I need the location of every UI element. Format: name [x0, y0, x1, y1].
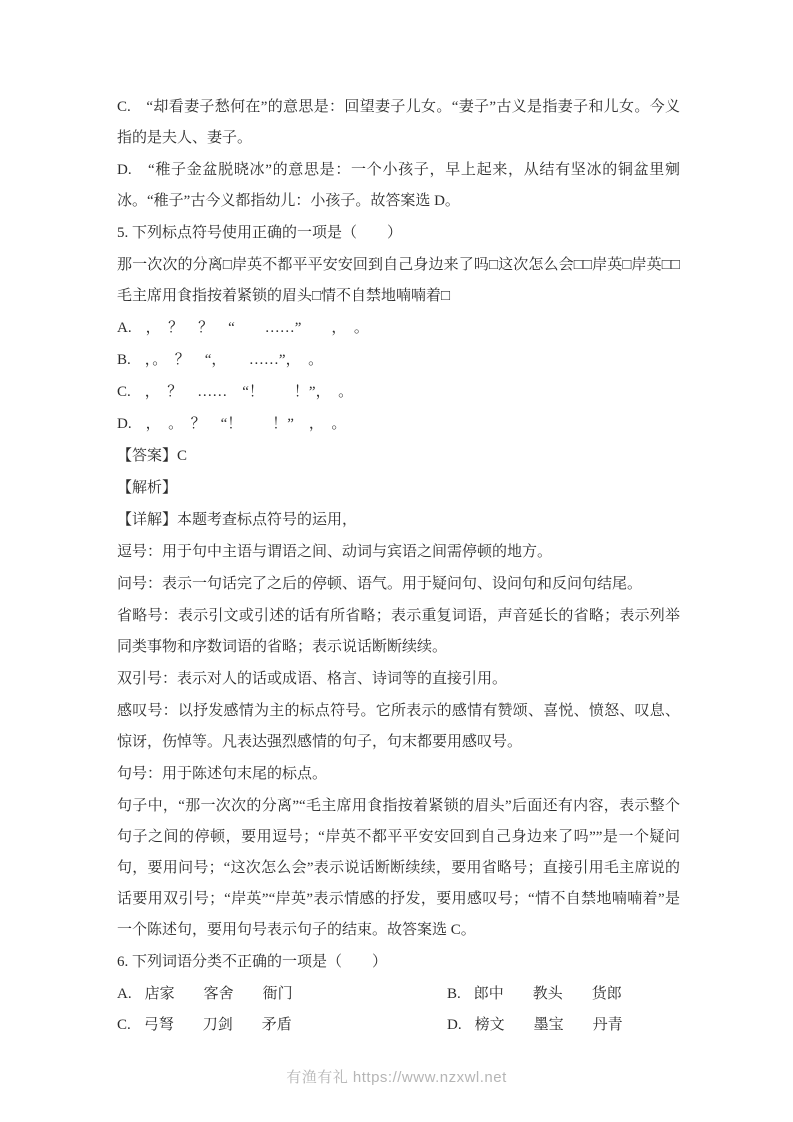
q5-option-a-marks: ， ？ ？ “ ……” ， 。 — [146, 320, 369, 336]
q5-option-c-marks: ， ？ …… “！ ！”， 。 — [145, 384, 353, 400]
q6-option-c-label: C. — [117, 1010, 131, 1041]
q5-analysis-exclamation-rule: 感叹号：以抒发感情为主的标点符号。它所表示的感情有赞颂、喜悦、愤怒、叹息、惊讶，… — [117, 696, 680, 758]
q6-stem: 6. 下列词语分类不正确的一项是（ ） — [117, 947, 680, 978]
q6-option-b-word-1: 郎中 — [474, 979, 504, 1010]
q6-option-c-word-2: 刀剑 — [203, 1010, 233, 1041]
q6-option-a-word-3: 衙门 — [263, 979, 293, 1010]
q5-analysis-conclusion: 句子中，“那一次次的分离”“毛主席用食指按着紧锁的眉头”后面还有内容，表示整个句… — [117, 791, 680, 946]
q5-analysis-period-rule: 句号：用于陈述句末尾的标点。 — [117, 759, 680, 790]
q5-answer: 【答案】C — [117, 441, 680, 472]
q5-option-d-label: D. — [117, 409, 132, 440]
q5-option-d: D.， 。 ？ “！ ！” ， 。 — [117, 409, 680, 440]
q5-analysis-ellipsis-rule: 省略号：表示引文或引述的话有所省略；表示重复词语，声音延长的省略；表示列举同类事… — [117, 601, 680, 663]
q6-option-a-word-1: 店家 — [145, 979, 175, 1010]
q6-option-b-label: B. — [447, 979, 461, 1010]
q5-option-d-marks: ， 。 ？ “！ ！” ， 。 — [146, 416, 347, 432]
q6-option-b-word-3: 货郎 — [592, 979, 622, 1010]
q5-option-b: B.，。 ？ “， ……”， 。 — [117, 345, 680, 376]
q5-option-b-marks: ，。 ？ “， ……”， 。 — [145, 352, 323, 368]
q4-explanation-option-d: D. “稚子金盆脱晓冰”的意思是：一个小孩子，早上起来，从结有坚冰的铜盆里剜冰。… — [117, 155, 680, 217]
q5-option-a-label: A. — [117, 313, 132, 344]
q5-analysis-question-mark-rule: 问号：表示一句话完了之后的停顿、语气。用于疑问句、设问句和反问句结尾。 — [117, 569, 680, 600]
q6-option-c-word-1: 弓弩 — [144, 1010, 174, 1041]
q5-stem: 5. 下列标点符号使用正确的一项是（ ） — [117, 218, 680, 249]
q5-analysis-quote-rule: 双引号：表示对人的话或成语、格言、诗词等的直接引用。 — [117, 664, 680, 695]
q6-option-row-2: C.弓弩刀剑矛盾 D.榜文墨宝丹青 — [117, 1010, 680, 1041]
q5-option-a: A.， ？ ？ “ ……” ， 。 — [117, 313, 680, 344]
q5-passage: 那一次次的分离□岸英不都平平安安回到自己身边来了吗□这次怎么会□□岸英□岸英□□… — [117, 250, 680, 312]
q6-option-d: D.榜文墨宝丹青 — [447, 1010, 680, 1041]
q6-option-c-word-3: 矛盾 — [262, 1010, 292, 1041]
q6-option-a-word-2: 客舍 — [204, 979, 234, 1010]
q5-option-c-label: C. — [117, 377, 131, 408]
document-page: C. “却看妻子愁何在”的意思是：回望妻子儿女。“妻子”古义是指妻子和儿女。今义… — [0, 0, 793, 1122]
q5-analysis-detail-intro: 【详解】本题考查标点符号的运用， — [117, 505, 680, 536]
footer-watermark: 有渔有礼 https://www.nzxwl.net — [0, 1066, 793, 1087]
q5-analysis-comma-rule: 逗号：用于句中主语与谓语之间、动词与宾语之间需停顿的地方。 — [117, 537, 680, 568]
q5-option-b-label: B. — [117, 345, 131, 376]
q6-option-c: C.弓弩刀剑矛盾 — [117, 1010, 447, 1041]
q6-option-b: B.郎中教头货郎 — [447, 979, 680, 1010]
q6-option-a-label: A. — [117, 979, 132, 1010]
q6-option-b-word-2: 教头 — [533, 979, 563, 1010]
q5-option-c: C.， ？ …… “！ ！”， 。 — [117, 377, 680, 408]
q6-option-d-word-1: 榜文 — [475, 1010, 505, 1041]
q6-option-d-word-2: 墨宝 — [534, 1010, 564, 1041]
q5-analysis-header: 【解析】 — [117, 473, 680, 504]
q6-option-row-1: A.店家客舍衙门 B.郎中教头货郎 — [117, 979, 680, 1010]
q4-explanation-option-c: C. “却看妻子愁何在”的意思是：回望妻子儿女。“妻子”古义是指妻子和儿女。今义… — [117, 92, 680, 154]
q6-option-d-label: D. — [447, 1010, 462, 1041]
q6-option-a: A.店家客舍衙门 — [117, 979, 447, 1010]
page-content: C. “却看妻子愁何在”的意思是：回望妻子儿女。“妻子”古义是指妻子和儿女。今义… — [117, 92, 680, 1041]
q6-option-d-word-3: 丹青 — [593, 1010, 623, 1041]
